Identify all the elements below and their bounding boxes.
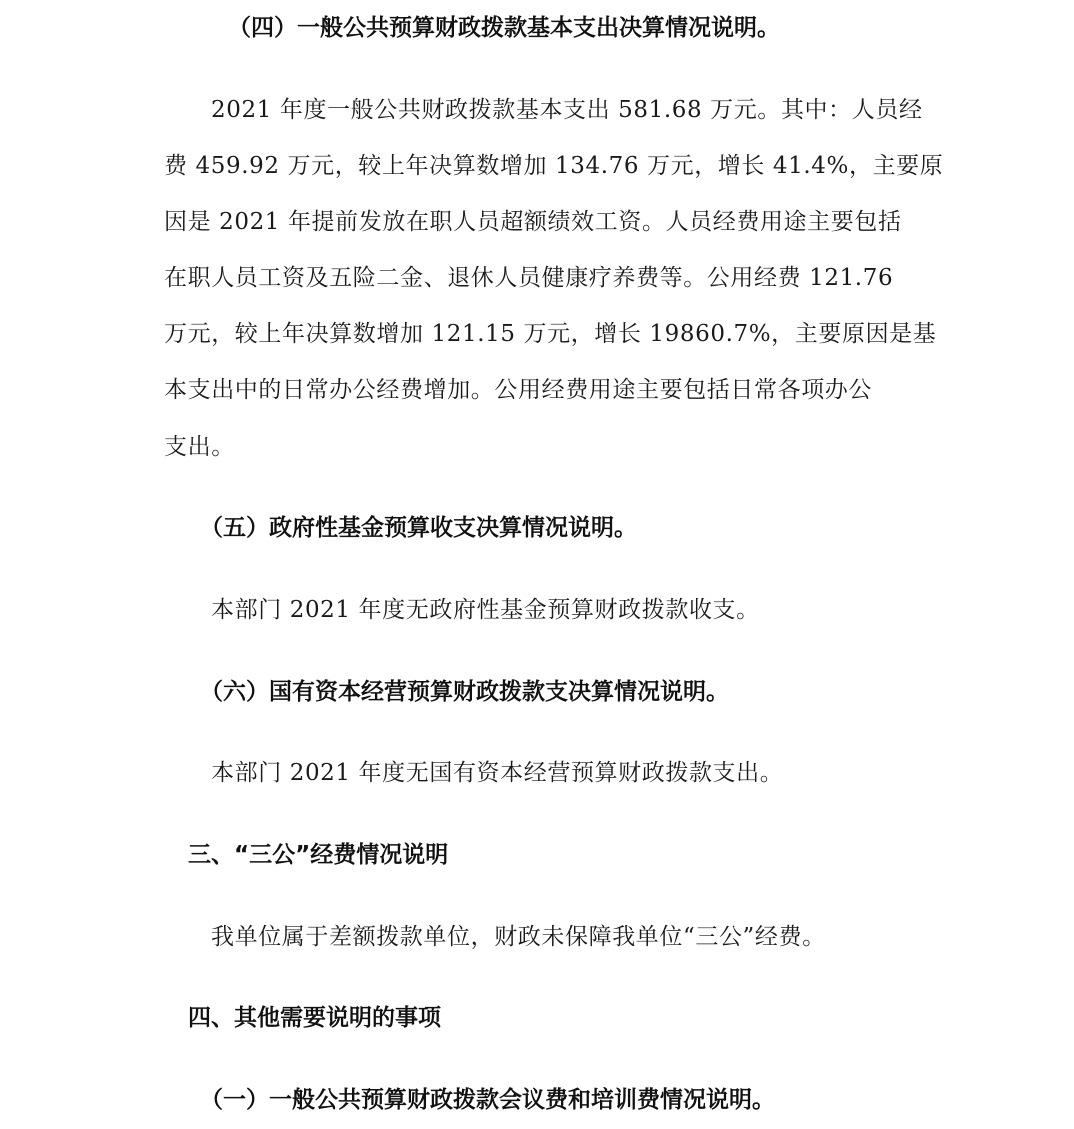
section-4-paragraph-line: 本支出中的日常办公经费增加。公用经费用途主要包括日常各项办公 (164, 375, 872, 405)
part-4-heading: 四、其他需要说明的事项 (188, 1003, 441, 1033)
section-4-paragraph-line: 在职人员工资及五险二金、退休人员健康疗养费等。公用经费 121.76 (164, 263, 893, 293)
section-4-paragraph-line: 万元，较上年决算数增加 121.15 万元，增长 19860.7%，主要原因是基 (164, 319, 936, 349)
section-6-heading: （六）国有资本经营预算财政拨款支决算情况说明。 (200, 677, 729, 707)
section-5-heading: （五）政府性基金预算收支决算情况说明。 (200, 513, 637, 543)
section-5-text: 本部门 2021 年度无政府性基金预算财政拨款收支。 (211, 595, 760, 625)
section-4-paragraph-line: 支出。 (164, 432, 235, 462)
part-3-heading: 三、“三公”经费情况说明 (188, 840, 448, 870)
section-4-paragraph-line: 因是 2021 年提前发放在职人员超额绩效工资。人员经费用途主要包括 (164, 207, 902, 237)
section-4-paragraph-line: 2021 年度一般公共财政拨款基本支出 581.68 万元。其中：人员经 (211, 95, 923, 125)
part-4-sub1-heading: （一）一般公共预算财政拨款会议费和培训费情况说明。 (200, 1085, 775, 1115)
section-4-heading: （四）一般公共预算财政拨款基本支出决算情况说明。 (228, 13, 780, 43)
section-4-paragraph-line: 费 459.92 万元，较上年决算数增加 134.76 万元，增长 41.4%，… (164, 151, 943, 181)
section-6-text: 本部门 2021 年度无国有资本经营预算财政拨款支出。 (211, 758, 783, 788)
part-3-text: 我单位属于差额拨款单位，财政未保障我单位“三公”经费。 (211, 922, 826, 952)
